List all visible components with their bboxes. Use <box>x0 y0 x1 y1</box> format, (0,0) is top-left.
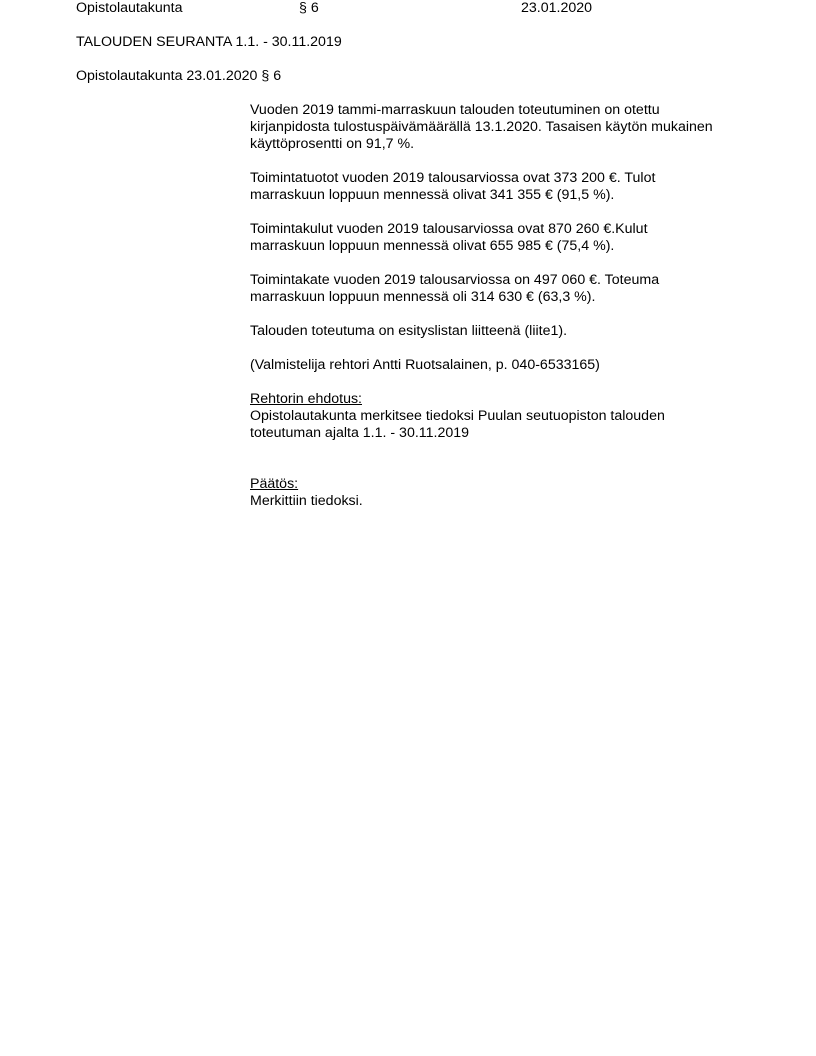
text-line: toteutuman ajalta 1.1. - 30.11.2019 <box>250 425 750 442</box>
document-title: TALOUDEN SEURANTA 1.1. - 30.11.2019 <box>76 34 342 51</box>
header-date: 23.01.2020 <box>521 0 592 17</box>
text-line: (Valmistelija rehtori Antti Ruotsalainen… <box>250 357 750 374</box>
proposal-heading: Rehtorin ehdotus: <box>250 391 750 408</box>
paragraph-attachment: Talouden toteutuma on esityslistan liitt… <box>250 323 750 340</box>
text-line: Talouden toteutuma on esityslistan liitt… <box>250 323 750 340</box>
text-line: Vuoden 2019 tammi-marraskuun talouden to… <box>250 102 750 119</box>
decision-text: Merkittiin tiedoksi. <box>250 493 750 510</box>
text-line: marraskuun loppuun mennessä olivat 655 9… <box>250 238 750 255</box>
text-line: Toimintakulut vuoden 2019 talousarviossa… <box>250 221 750 238</box>
text-line: Opistolautakunta merkitsee tiedoksi Puul… <box>250 408 750 425</box>
text-line: Toimintakate vuoden 2019 talousarviossa … <box>250 272 750 289</box>
decision-heading: Päätös: <box>250 476 750 493</box>
text-line: marraskuun loppuun mennessä olivat 341 3… <box>250 187 750 204</box>
paragraph-preparer: (Valmistelija rehtori Antti Ruotsalainen… <box>250 357 750 374</box>
proposal-section: Rehtorin ehdotus: Opistolautakunta merki… <box>250 391 750 442</box>
decision-section: Päätös: Merkittiin tiedoksi. <box>250 476 750 510</box>
text-line: kirjanpidosta tulostuspäivämäärällä 13.1… <box>250 119 750 136</box>
text-line: marraskuun loppuun mennessä oli 314 630 … <box>250 289 750 306</box>
paragraph-operating-income: Toimintatuotot vuoden 2019 talousarvioss… <box>250 170 750 204</box>
paragraph-operating-margin: Toimintakate vuoden 2019 talousarviossa … <box>250 272 750 306</box>
meeting-reference: Opistolautakunta 23.01.2020 § 6 <box>76 68 281 85</box>
text-line: käyttöprosentti on 91,7 %. <box>250 136 750 153</box>
document-body: Vuoden 2019 tammi-marraskuun talouden to… <box>250 102 750 510</box>
header-section-number: § 6 <box>299 0 319 17</box>
header-body-name: Opistolautakunta <box>76 0 182 17</box>
text-line: Toimintatuotot vuoden 2019 talousarvioss… <box>250 170 750 187</box>
paragraph-summary: Vuoden 2019 tammi-marraskuun talouden to… <box>250 102 750 153</box>
spacer <box>250 442 750 476</box>
paragraph-operating-expenses: Toimintakulut vuoden 2019 talousarviossa… <box>250 221 750 255</box>
